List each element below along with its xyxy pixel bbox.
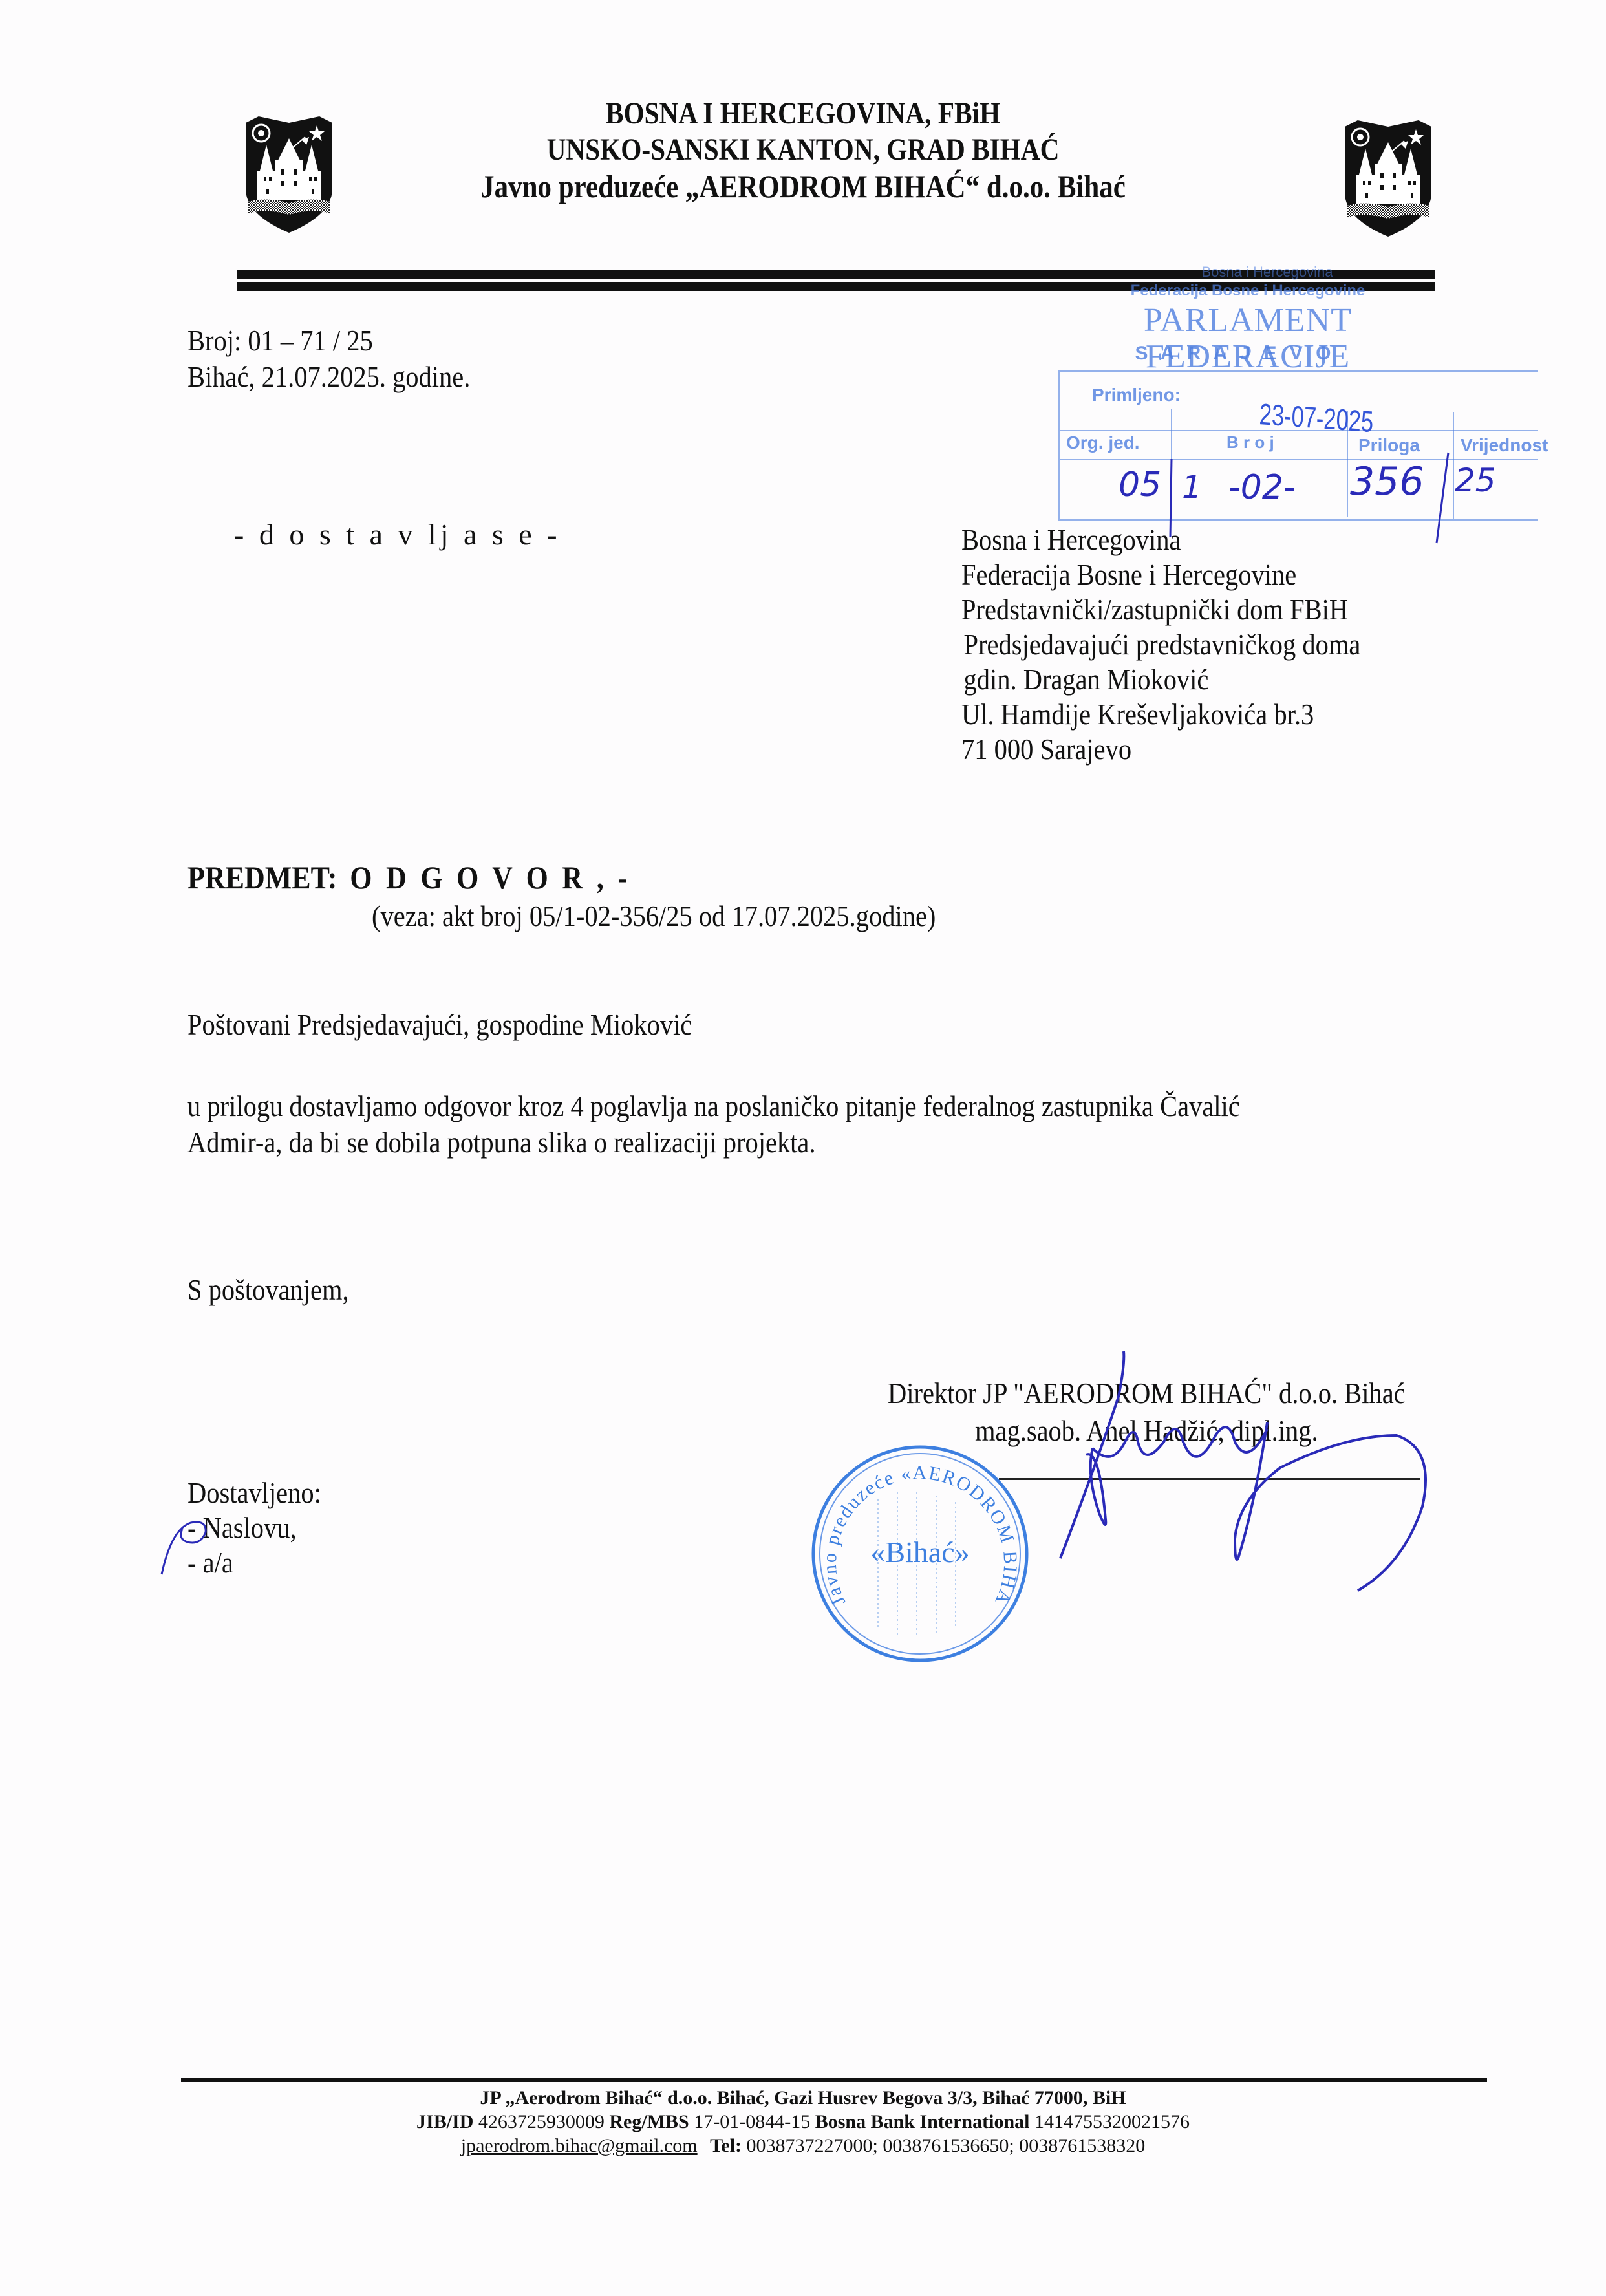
header-line-1: BOSNA I HERCEGOVINA, FBiH	[112, 96, 1494, 132]
footer-contact: jpaerodrom.bihac@gmail.com Tel: 00387372…	[0, 2134, 1606, 2158]
subject-value: O D G O V O R , -	[350, 859, 630, 896]
footer-address: JP „Aerodrom Bihać“ d.o.o. Bihać, Gazi H…	[0, 2086, 1606, 2110]
header-line-2: UNSKO-SANSKI KANTON, GRAD BIHAĆ	[112, 132, 1494, 168]
recipient-line: Bosna i Hercegovina	[961, 522, 1360, 557]
recipient-line: Federacija Bosne i Hercegovine	[961, 557, 1360, 592]
subject-reference: (veza: akt broj 05/1-02-356/25 od 17.07.…	[372, 899, 936, 934]
reference-number: Broj: 01 – 71 / 25	[187, 323, 373, 358]
distribution-label: Dostavljeno:	[187, 1475, 321, 1510]
seal-center-text: «Bihać»	[807, 1535, 1033, 1569]
reference-date: Bihać, 21.07.2025. godine.	[187, 359, 470, 394]
footer-email-link[interactable]: jpaerodrom.bihac@gmail.com	[461, 2135, 698, 2156]
recipient-line: 71 000 Sarajevo	[961, 732, 1360, 767]
received-stamp: Bosna i Hercegovina Federacija Bosne i H…	[1034, 259, 1526, 530]
footer-rule	[181, 2078, 1487, 2082]
recipient-line: Predsjedavajući predstavničkog doma	[964, 627, 1361, 662]
recipient-line: gdin. Dragan Mioković	[964, 662, 1361, 697]
svg-text:Javno preduzeće «AERODROM BIHA: Javno preduzeće «AERODROM BIHAĆ» d.o.o.	[800, 1424, 1021, 1609]
footer-ids: JIB/ID 4263725930009 Reg/MBS 17-01-0844-…	[0, 2110, 1606, 2134]
closing: S poštovanjem,	[187, 1272, 349, 1307]
delivery-note: - d o s t a v lj a s e -	[234, 517, 561, 552]
recipient-block: Bosna i Hercegovina Federacija Bosne i H…	[961, 522, 1360, 767]
company-seal: Javno preduzeće «AERODROM BIHAĆ» d.o.o. …	[807, 1441, 1033, 1667]
recipient-line: Predstavnički/zastupnički dom FBiH	[961, 592, 1360, 627]
subject: PREDMET: O D G O V O R , -	[187, 860, 630, 895]
salutation: Poštovani Predsjedavajući, gospodine Mio…	[187, 1007, 692, 1042]
letterhead: BOSNA I HERCEGOVINA, FBiH UNSKO-SANSKI K…	[0, 96, 1606, 204]
body-paragraph-line-2: Admir-a, da bi se dobila potpuna slika o…	[187, 1125, 816, 1160]
recipient-line: Ul. Hamdije Kreševljakovića br.3	[961, 697, 1360, 732]
header-line-3: Javno preduzeće „AERODROM BIHAĆ“ d.o.o. …	[112, 168, 1494, 204]
subject-label: PREDMET:	[187, 859, 337, 896]
handwritten-slashes	[1034, 259, 1526, 543]
handwritten-check-mark	[155, 1510, 220, 1581]
footer-block: JP „Aerodrom Bihać“ d.o.o. Bihać, Gazi H…	[0, 2086, 1606, 2158]
handwritten-signature	[1009, 1345, 1474, 1578]
body-paragraph-line-1: u prilogu dostavljamo odgovor kroz 4 pog…	[187, 1089, 1240, 1124]
